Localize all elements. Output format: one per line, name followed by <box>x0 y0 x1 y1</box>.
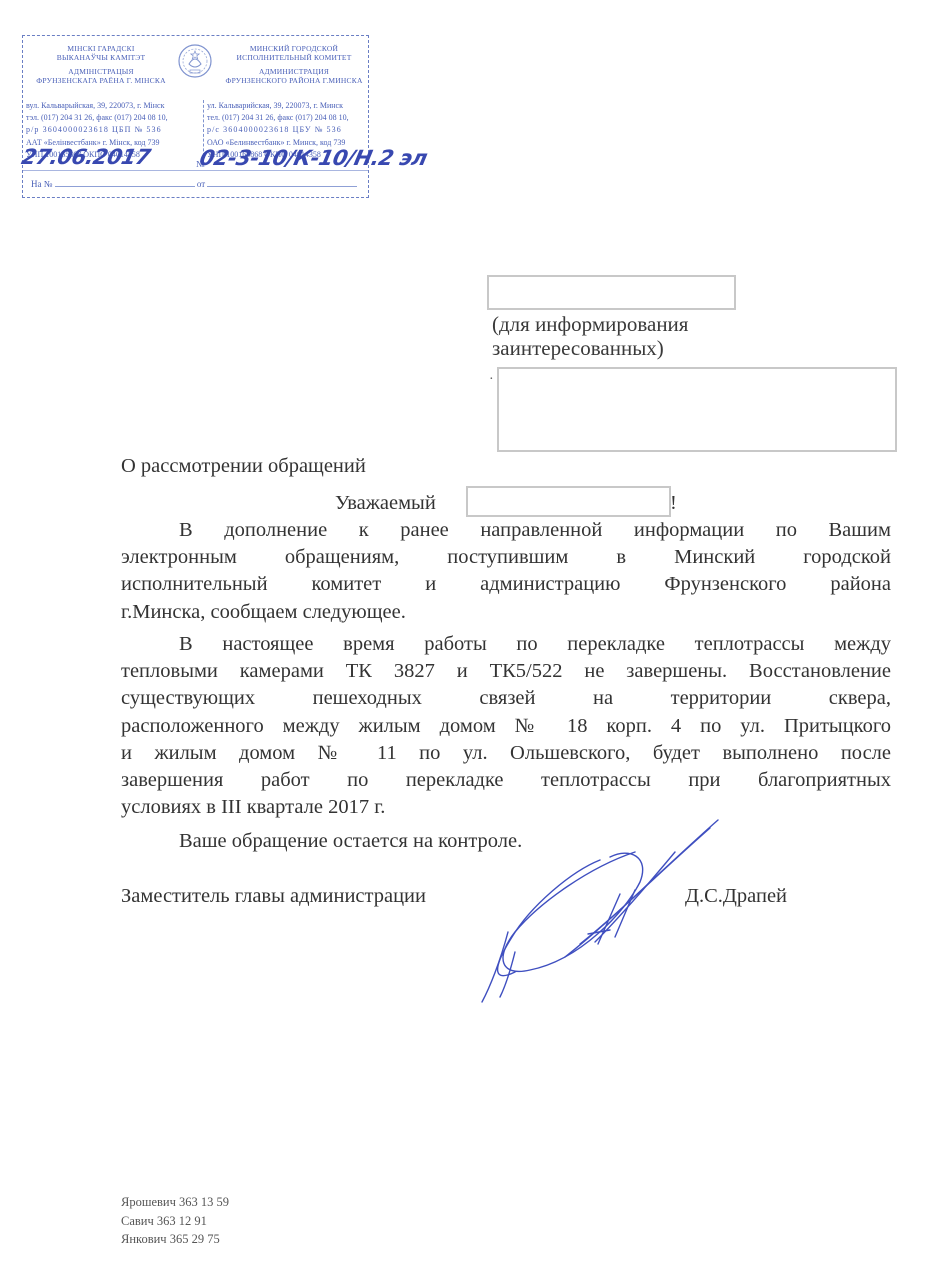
paragraph-line: В настоящее время работы по перекладке т… <box>121 631 891 658</box>
signature-icon <box>470 812 730 1012</box>
letterhead-stamp: МІНСКІ ГАРАДСКІ ВЫКАНАЎЧЫ КАМІТЭТ АДМІНІ… <box>22 35 369 198</box>
na-label: На № <box>31 179 52 189</box>
paragraph-line: завершения работ по перекладке теплотрас… <box>121 767 891 794</box>
contact-list: Ярошевич 363 13 59 Савич 363 12 91 Янков… <box>121 1193 229 1249</box>
org-name-by-2: ВЫКАНАЎЧЫ КАМІТЭТ <box>26 53 176 62</box>
phone-ru: тел. (017) 204 31 26, факс (017) 204 08 … <box>207 112 373 124</box>
org-name-ru-4: ФРУНЗЕНСКОГО РАЙОНА Г.МИНСКА <box>219 76 369 85</box>
recipient-note-line-2: заинтересованных) <box>492 336 688 360</box>
salutation-end: ! <box>670 492 677 515</box>
paragraph-line: электронным обращениям, поступившим в Ми… <box>121 544 891 571</box>
contact-item: Янкович 365 29 75 <box>121 1230 229 1249</box>
coat-of-arms-icon <box>175 42 215 80</box>
account-by: р/р 3604000023618 ЦБП № 536 <box>26 124 192 136</box>
handwritten-reference-number: 02-3-10/К-10/Н.2 эл <box>197 146 429 170</box>
handwritten-date: 27.06.2017 <box>19 145 152 169</box>
paragraph-line: и жилым домом № 11 по ул. Ольшевского, б… <box>121 740 891 767</box>
paragraph-line: исполнительный комитет и администрацию Ф… <box>121 571 891 598</box>
redacted-recipient-address <box>497 367 897 452</box>
reference-line: На № от <box>31 178 361 189</box>
org-name-ru-3: АДМИНИСТРАЦИЯ <box>219 67 369 76</box>
ot-label: от <box>197 179 205 189</box>
org-name-ru-1: МИНСКИЙ ГОРОДСКОЙ <box>219 44 369 53</box>
phone-by: тэл. (017) 204 31 26, факс (017) 204 08 … <box>26 112 192 124</box>
signer-title: Заместитель главы администрации <box>121 885 426 908</box>
outgoing-number-line <box>23 170 368 171</box>
paragraph-line: г.Минска, сообщаем следующее. <box>121 599 891 626</box>
paragraph-line: существующих пешеходных связей на террит… <box>121 685 891 712</box>
letter-subject: О рассмотрении обращений <box>121 455 366 478</box>
paragraph-line: расположенного между жилым домом № 18 ко… <box>121 713 891 740</box>
org-name-by-4: ФРУНЗЕНСКАГА РАЁНА Г. МІНСКА <box>26 76 176 85</box>
org-name-ru-2: ИСПОЛНИТЕЛЬНЫЙ КОМИТЕТ <box>219 53 369 62</box>
letterhead-belarusian: МІНСКІ ГАРАДСКІ ВЫКАНАЎЧЫ КАМІТЭТ АДМІНІ… <box>26 44 176 85</box>
account-ru: р/с 3604000023618 ЦБУ № 536 <box>207 124 373 136</box>
address-ru: ул. Кальварийская, 39, 220073, г. Минск <box>207 100 373 112</box>
contact-item: Ярошевич 363 13 59 <box>121 1193 229 1212</box>
paragraph-line: тепловыми камерами ТК 3827 и ТК5/522 не … <box>121 658 891 685</box>
redacted-addressee-name <box>466 486 671 517</box>
recipient-note: (для информирования заинтересованных) <box>492 312 688 360</box>
paragraph-line: В дополнение к ранее направленной информ… <box>121 517 891 544</box>
salutation: Уважаемый <box>335 492 436 515</box>
letterhead-russian: МИНСКИЙ ГОРОДСКОЙ ИСПОЛНИТЕЛЬНЫЙ КОМИТЕТ… <box>219 44 369 85</box>
redacted-recipient-name <box>487 275 736 310</box>
address-by: вул. Кальварыйская, 39, 220073, г. Мінск <box>26 100 192 112</box>
contact-item: Савич 363 12 91 <box>121 1212 229 1231</box>
recipient-note-line-1: (для информирования <box>492 312 688 336</box>
paragraph-1: В дополнение к ранее направленной информ… <box>121 517 891 626</box>
org-name-by-1: МІНСКІ ГАРАДСКІ <box>26 44 176 53</box>
org-name-by-3: АДМІНІСТРАЦЫЯ <box>26 67 176 76</box>
paragraph-2: В настоящее время работы по перекладке т… <box>121 631 891 821</box>
